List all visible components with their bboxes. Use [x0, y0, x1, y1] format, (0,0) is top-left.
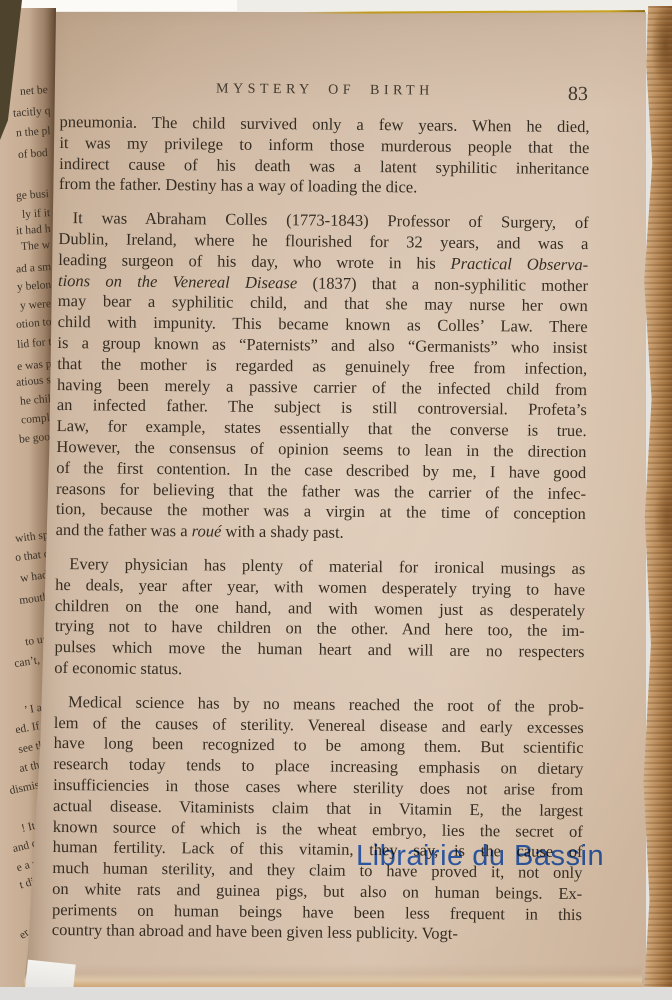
- adjacent-page-text-fragment: atious s: [16, 374, 52, 389]
- page-content: MYSTERY OF BIRTH 83 pneumonia. The child…: [52, 78, 590, 946]
- bookseller-watermark: Librairie du Bassin: [356, 840, 604, 873]
- adjacent-page-text-fragment: tacitly q: [12, 105, 50, 120]
- adjacent-page-text-fragment: be goo: [19, 431, 51, 446]
- page-text: pneumonia. The child survived only a few…: [52, 112, 590, 946]
- adjacent-page-text-fragment: with sp: [15, 529, 50, 545]
- adjacent-page-text-fragment: of bod: [18, 147, 48, 161]
- adjacent-page-text-fragment: y were: [20, 298, 52, 312]
- paragraph: Every physician has plenty of material f…: [54, 554, 585, 684]
- adjacent-page-text-fragment: w had: [20, 569, 49, 585]
- page-number: 83: [568, 83, 588, 106]
- running-head: MYSTERY OF BIRTH 83: [60, 78, 590, 105]
- text-line: country than abroad and have been given …: [52, 920, 582, 946]
- book-photo: { "page": { "header_title": "MYSTERY OF …: [0, 0, 672, 1000]
- paragraph: It was Abraham Colles (1773-1843) Profes…: [56, 208, 589, 546]
- paragraph: Medical science has by no means reached …: [52, 692, 584, 947]
- page-title: MYSTERY OF BIRTH: [60, 80, 590, 101]
- photo-background-bottom: [0, 987, 672, 1000]
- adjacent-page-text-fragment: o that c: [15, 548, 50, 564]
- adjacent-page-text-fragment: ly if it: [22, 207, 51, 221]
- paragraph: pneumonia. The child survived only a few…: [59, 112, 590, 200]
- adjacent-page-text-fragment: lid for t: [16, 336, 51, 351]
- adjacent-page-text-fragment: ge busi: [16, 188, 50, 202]
- adjacent-page-text-fragment: he chil: [20, 393, 52, 408]
- adjacent-page-text-fragment: mouth: [18, 591, 49, 607]
- adjacent-page-text-fragment: The w: [21, 239, 51, 253]
- adjacent-page-text-fragment: e was p: [16, 358, 51, 373]
- adjacent-page-text-fragment: ad a sm: [16, 261, 52, 275]
- adjacent-page-text-fragment: otion to: [15, 316, 51, 331]
- adjacent-page-text-fragment: it had h: [15, 223, 50, 237]
- adjacent-page-text-fragment: y belon: [16, 279, 51, 293]
- adjacent-page-text-fragment: compl: [21, 412, 51, 426]
- adjacent-page-text-fragment: n the pl: [15, 125, 50, 139]
- adjacent-page-text-fragment: net be: [20, 84, 49, 98]
